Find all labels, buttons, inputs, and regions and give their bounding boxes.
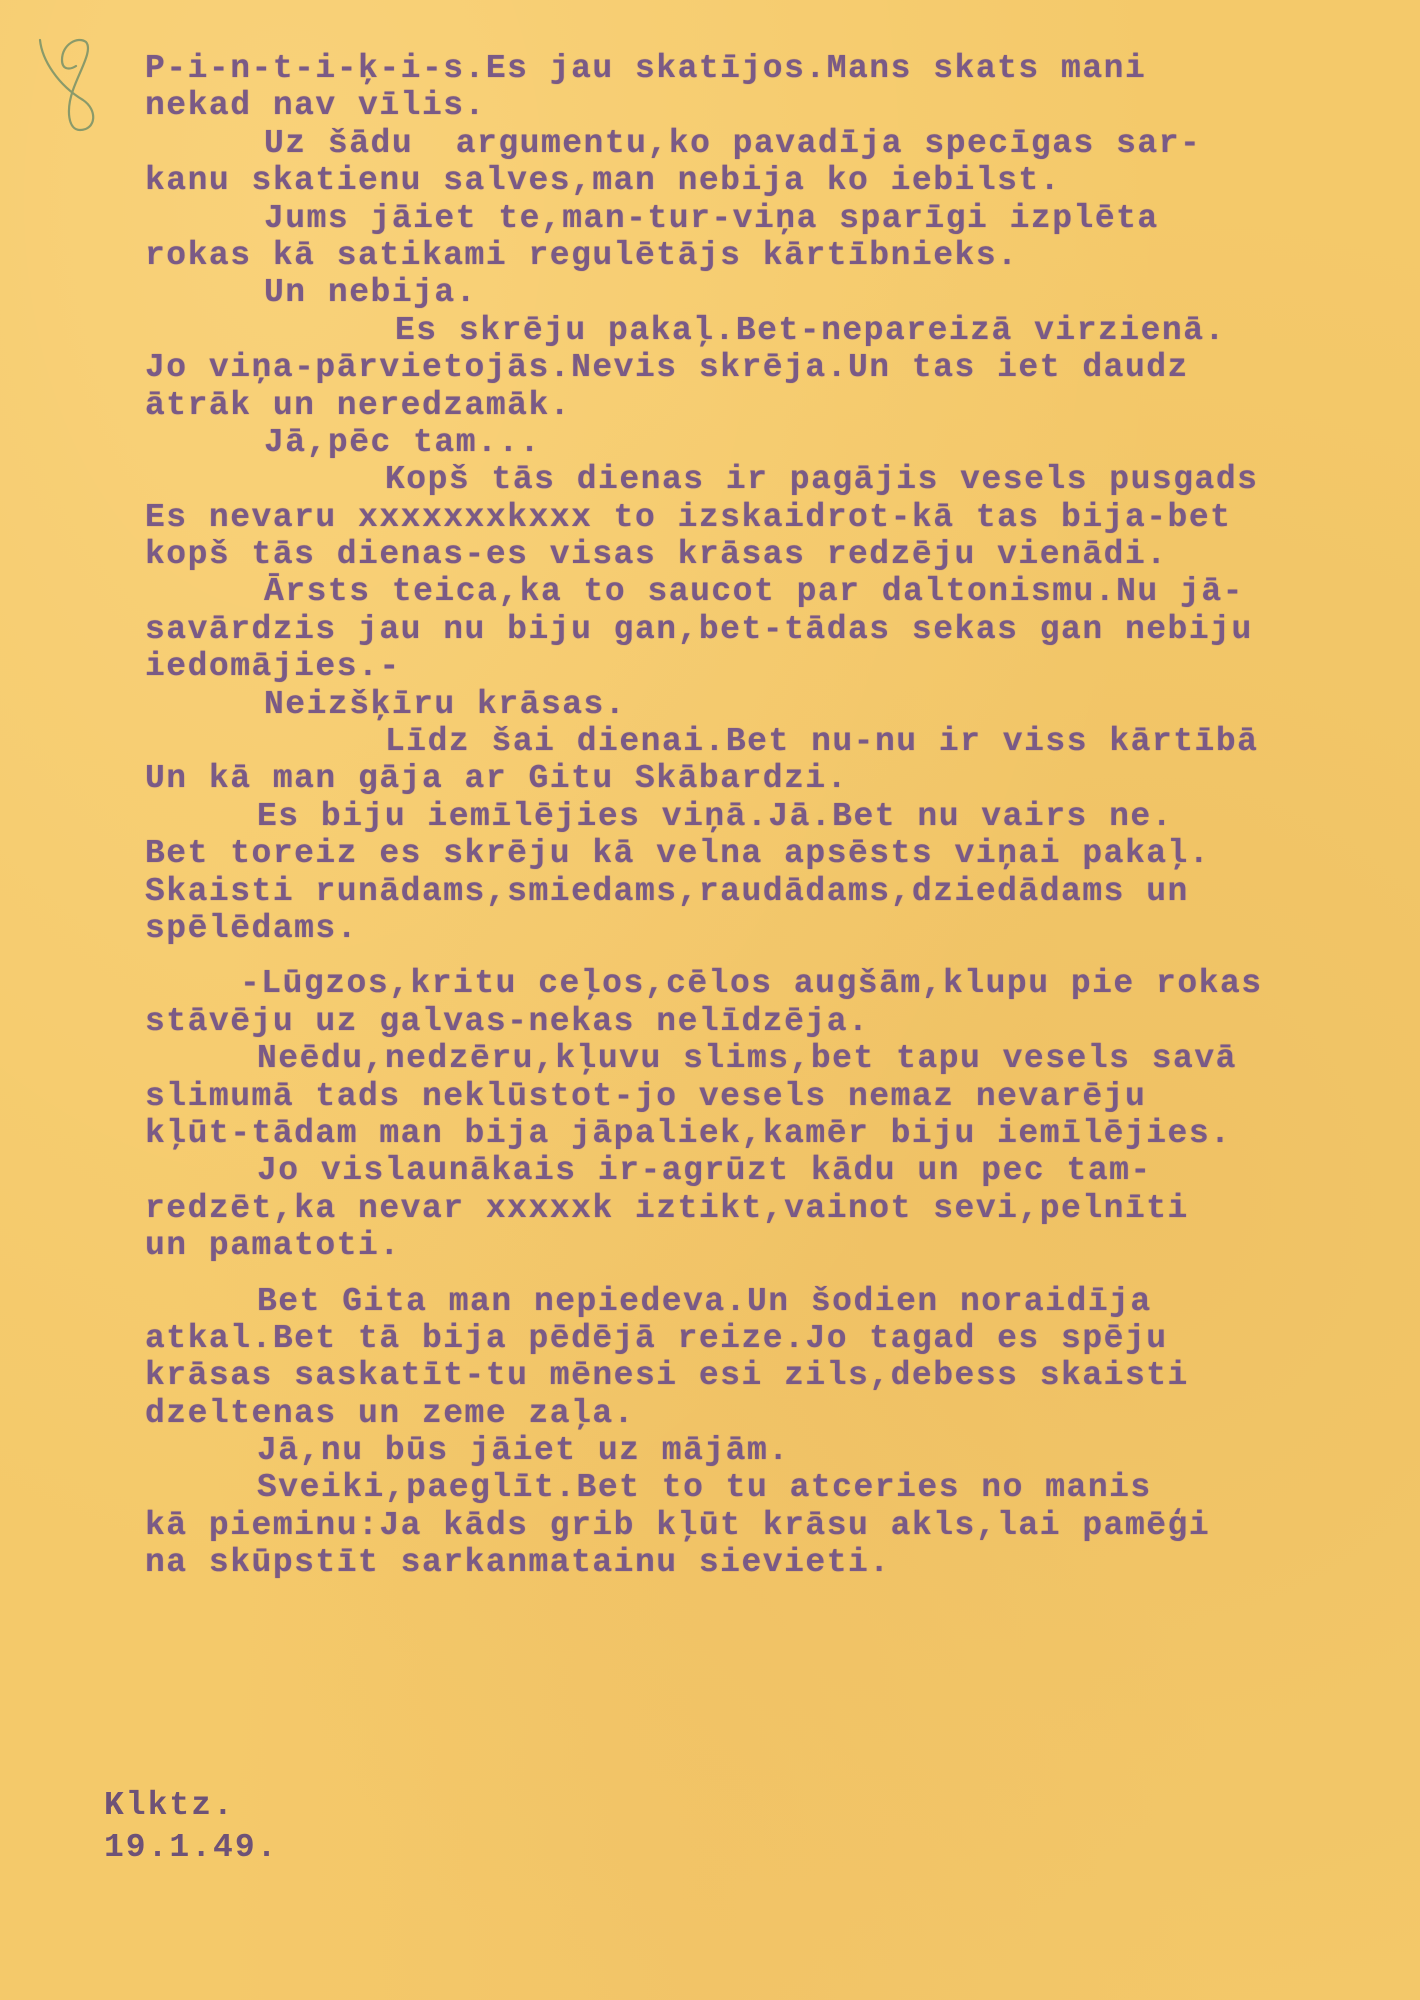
text-line: Jo vislaunākais ir-agrūzt kādu un pec ta… bbox=[145, 1152, 1405, 1189]
text-line: na skūpstīt sarkanmatainu sievieti. bbox=[145, 1544, 1405, 1581]
text-line: P-i-n-t-i-ķ-i-s.Es jau skatījos.Mans ska… bbox=[145, 50, 1405, 87]
text-line: -Lūgzos,kritu ceļos,cēlos augšām,klupu p… bbox=[145, 965, 1405, 1002]
text-line: kopš tās dienas-es visas krāsas redzēju … bbox=[145, 536, 1405, 573]
text-line: spēlēdams. bbox=[145, 910, 1405, 947]
text-line: Ārsts teica,ka to saucot par daltonismu.… bbox=[145, 573, 1405, 610]
text-line: Un nebija. bbox=[145, 274, 1405, 311]
paragraph-gap bbox=[145, 947, 1405, 965]
text-line: Jā,nu būs jāiet uz mājām. bbox=[145, 1432, 1405, 1469]
text-line: Neēdu,nedzēru,kļuvu slims,bet tapu vesel… bbox=[145, 1040, 1405, 1077]
text-line: redzēt,ka nevar xxxxxk iztikt,vainot sev… bbox=[145, 1190, 1405, 1227]
text-line: Jā,pēc tam... bbox=[145, 424, 1405, 461]
text-line: iedomājies.- bbox=[145, 648, 1405, 685]
text-line: Līdz šai dienai.Bet nu-nu ir viss kārtīb… bbox=[145, 723, 1405, 760]
text-line: nekad nav vīlis. bbox=[145, 87, 1405, 124]
text-line: Jo viņa-pārvietojās.Nevis skrēja.Un tas … bbox=[145, 349, 1405, 386]
text-line: kanu skatienu salves,man nebija ko iebil… bbox=[145, 162, 1405, 199]
typewritten-body: P-i-n-t-i-ķ-i-s.Es jau skatījos.Mans ska… bbox=[145, 50, 1405, 1582]
text-line: Sveiki,paeglīt.Bet to tu atceries no man… bbox=[145, 1469, 1405, 1506]
text-line: Un kā man gāja ar Gitu Skābardzi. bbox=[145, 760, 1405, 797]
text-line: Bet Gita man nepiedeva.Un šodien noraidī… bbox=[145, 1283, 1405, 1320]
text-line: Es biju iemīlējies viņā.Jā.Bet nu vairs … bbox=[145, 798, 1405, 835]
pencil-8-mark bbox=[28, 30, 108, 140]
text-line: Bet toreiz es skrēju kā velna apsēsts vi… bbox=[145, 835, 1405, 872]
text-line: kļūt-tādam man bija jāpaliek,kamēr biju … bbox=[145, 1115, 1405, 1152]
text-line: savārdzis jau nu biju gan,bet-tādas seka… bbox=[145, 611, 1405, 648]
text-line: ātrāk un neredzamāk. bbox=[145, 387, 1405, 424]
text-line: Skaisti runādams,smiedams,raudādams,dzie… bbox=[145, 873, 1405, 910]
text-line: krāsas saskatīt-tu mēnesi esi zils,debes… bbox=[145, 1357, 1405, 1394]
text-line: atkal.Bet tā bija pēdējā reize.Jo tagad … bbox=[145, 1320, 1405, 1357]
signature-block: Klktz. 19.1.49. bbox=[104, 1785, 278, 1869]
text-line: Neizšķīru krāsas. bbox=[145, 686, 1405, 723]
document-date: 19.1.49. bbox=[104, 1827, 278, 1869]
text-line: rokas kā satikami regulētājs kārtībnieks… bbox=[145, 237, 1405, 274]
text-line: kā pieminu:Ja kāds grib kļūt krāsu akls,… bbox=[145, 1507, 1405, 1544]
text-line: Es skrēju pakaļ.Bet-nepareizā virzienā. bbox=[145, 312, 1405, 349]
text-line: Es nevaru xxxxxxxkxxx to izskaidrot-kā t… bbox=[145, 499, 1405, 536]
text-line: un pamatoti. bbox=[145, 1227, 1405, 1264]
text-line: Uz šādu argumentu,ko pavadīja specīgas s… bbox=[145, 125, 1405, 162]
text-line: stāvēju uz galvas-nekas nelīdzēja. bbox=[145, 1003, 1405, 1040]
text-line: Kopš tās dienas ir pagājis vesels pusgad… bbox=[145, 461, 1405, 498]
text-line: Jums jāiet te,man-tur-viņa sparīgi izplē… bbox=[145, 200, 1405, 237]
text-line: dzeltenas un zeme zaļa. bbox=[145, 1395, 1405, 1432]
handwritten-page-number: 8 bbox=[28, 30, 108, 140]
text-line: slimumā tads neklūstot-jo vesels nemaz n… bbox=[145, 1078, 1405, 1115]
author-initials: Klktz. bbox=[104, 1785, 278, 1827]
paragraph-gap bbox=[145, 1265, 1405, 1283]
